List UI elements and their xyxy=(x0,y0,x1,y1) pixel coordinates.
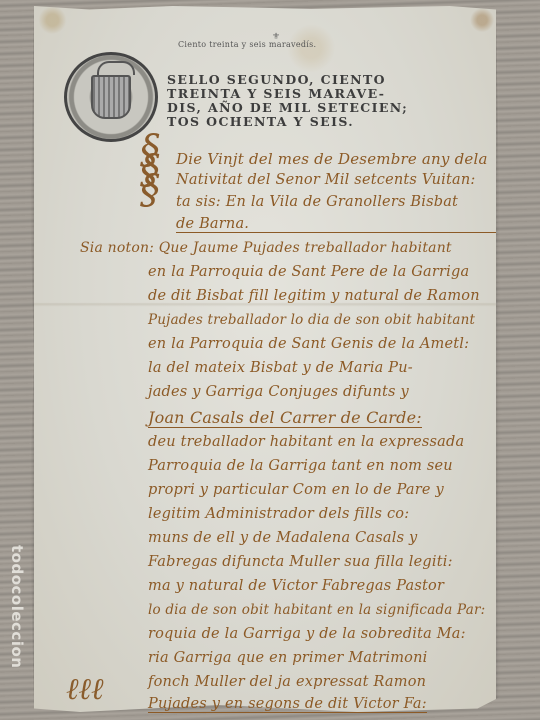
shield-icon xyxy=(91,75,131,119)
handwritten-line: jades y Garriga Conjuges difunts y xyxy=(148,384,409,400)
handwritten-line: lo dia de son obit habitant en la signif… xyxy=(148,602,485,618)
handwritten-line: Parroquia de la Garriga tant en nom seu xyxy=(148,458,453,474)
handwritten-line: muns de ell y de Madalena Casals y xyxy=(148,530,417,546)
handwritten-line: Pujades y en segons de dit Victor Fa: xyxy=(148,696,427,713)
stamp-line: treinta y seis marave- xyxy=(167,87,477,101)
crown-icon xyxy=(97,61,135,75)
margin-flourish-icon: §§§ xyxy=(140,140,160,200)
handwritten-line: deu treballador habitant en la expressad… xyxy=(148,434,464,450)
handwritten-line: fonch Muller del ja expressat Ramon xyxy=(148,674,426,690)
handwritten-line: en la Parroquia de Sant Pere de la Garri… xyxy=(148,264,469,280)
handwritten-line: de dit Bisbat fill legitim y natural de … xyxy=(148,288,480,304)
handwritten-line: ria Garriga que en primer Matrimoni xyxy=(148,650,428,666)
handwritten-line: ma y natural de Victor Fabregas Pastor xyxy=(148,578,444,594)
handwritten-line: Pujades treballador lo dia de son obit h… xyxy=(148,312,475,328)
handwritten-line: Joan Casals del Carrer de Carde: xyxy=(148,408,422,428)
handwritten-line: de Barna. xyxy=(176,216,496,233)
handwritten-line: Fabregas difuncta Muller sua filla legit… xyxy=(148,554,453,570)
handwritten-line: Nativitat del Senor Mil setcents Vuitan: xyxy=(176,172,475,188)
stamp-line: Sello segundo, ciento xyxy=(167,73,477,87)
price-line: Ciento treinta y seis maravedís. xyxy=(178,40,316,49)
handwritten-line: en la Parroquia de Sant Genis de la Amet… xyxy=(148,336,469,352)
stamp-text: Sello segundo, ciento treinta y seis mar… xyxy=(167,73,477,129)
handwritten-line: roquia de la Garriga y de la sobredita M… xyxy=(148,626,466,642)
handwritten-line: ta sis: En la Vila de Granollers Bisbat xyxy=(176,194,458,210)
bottom-flourish-icon: ℓℓℓ xyxy=(66,672,104,707)
handwritten-line: la del mateix Bisbat y de Maria Pu- xyxy=(148,360,413,376)
handwritten-line: Die Vinjt del mes de Desembre any dela xyxy=(176,150,488,168)
handwritten-line: propri y particular Com en lo de Pare y xyxy=(148,482,444,498)
watermark: todocoleccion xyxy=(8,545,26,668)
stamp-line: tos ochenta y seis. xyxy=(167,115,477,129)
handwritten-line: Sia noton: Que Jaume Pujades treballador… xyxy=(80,240,452,256)
handwritten-line: legitim Administrador dels fills co: xyxy=(148,506,409,522)
stamp-line: dis, año de mil setecien; xyxy=(167,101,477,115)
